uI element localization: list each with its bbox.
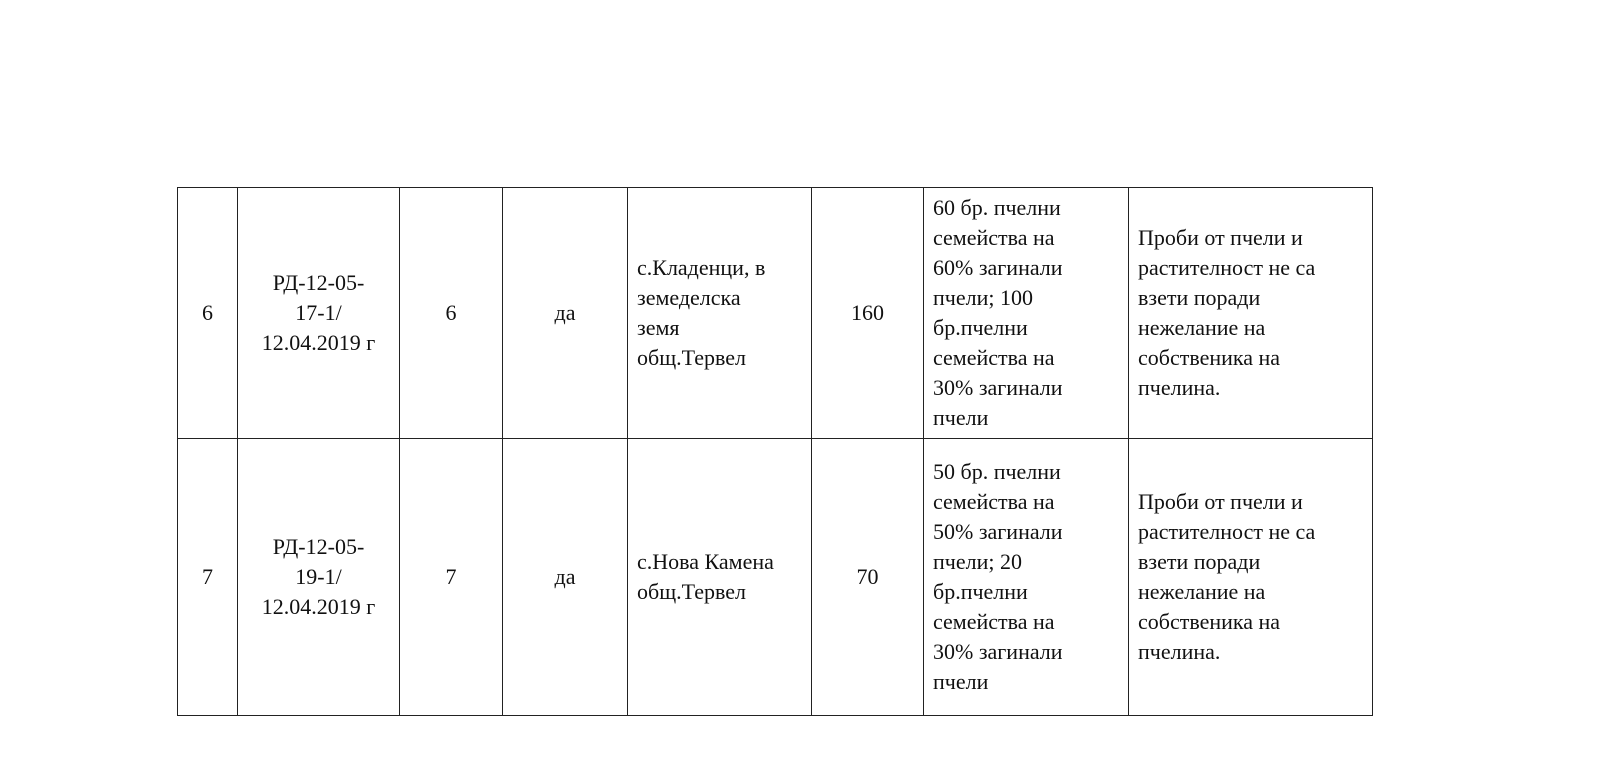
table-row: 6 РД-12-05- 17-1/ 12.04.2019 г 6 да с.Кл… [178,188,1373,439]
table-row: 7 РД-12-05- 19-1/ 12.04.2019 г 7 да с.Но… [178,439,1373,716]
row-number: 7 [178,439,238,716]
colonies-cell: 70 [812,439,924,716]
location-cell: с.Нова Камена общ.Тервел [628,439,812,716]
answer-cell: да [503,439,628,716]
document-ref: РД-12-05- 19-1/ 12.04.2019 г [238,439,400,716]
note-cell: Проби от пчели и растителност не са взет… [1129,188,1373,439]
damage-cell: 60 бр. пчелни семейства на 60% загинали … [924,188,1129,439]
damage-cell: 50 бр. пчелни семейства на 50% загинали … [924,439,1129,716]
note-cell: Проби от пчели и растителност не са взет… [1129,439,1373,716]
colonies-cell: 160 [812,188,924,439]
count-cell: 6 [400,188,503,439]
row-number: 6 [178,188,238,439]
count-cell: 7 [400,439,503,716]
document-ref: РД-12-05- 17-1/ 12.04.2019 г [238,188,400,439]
location-cell: с.Кладенци, в земеделска земя общ.Тервел [628,188,812,439]
answer-cell: да [503,188,628,439]
incident-table: 6 РД-12-05- 17-1/ 12.04.2019 г 6 да с.Кл… [177,187,1373,716]
